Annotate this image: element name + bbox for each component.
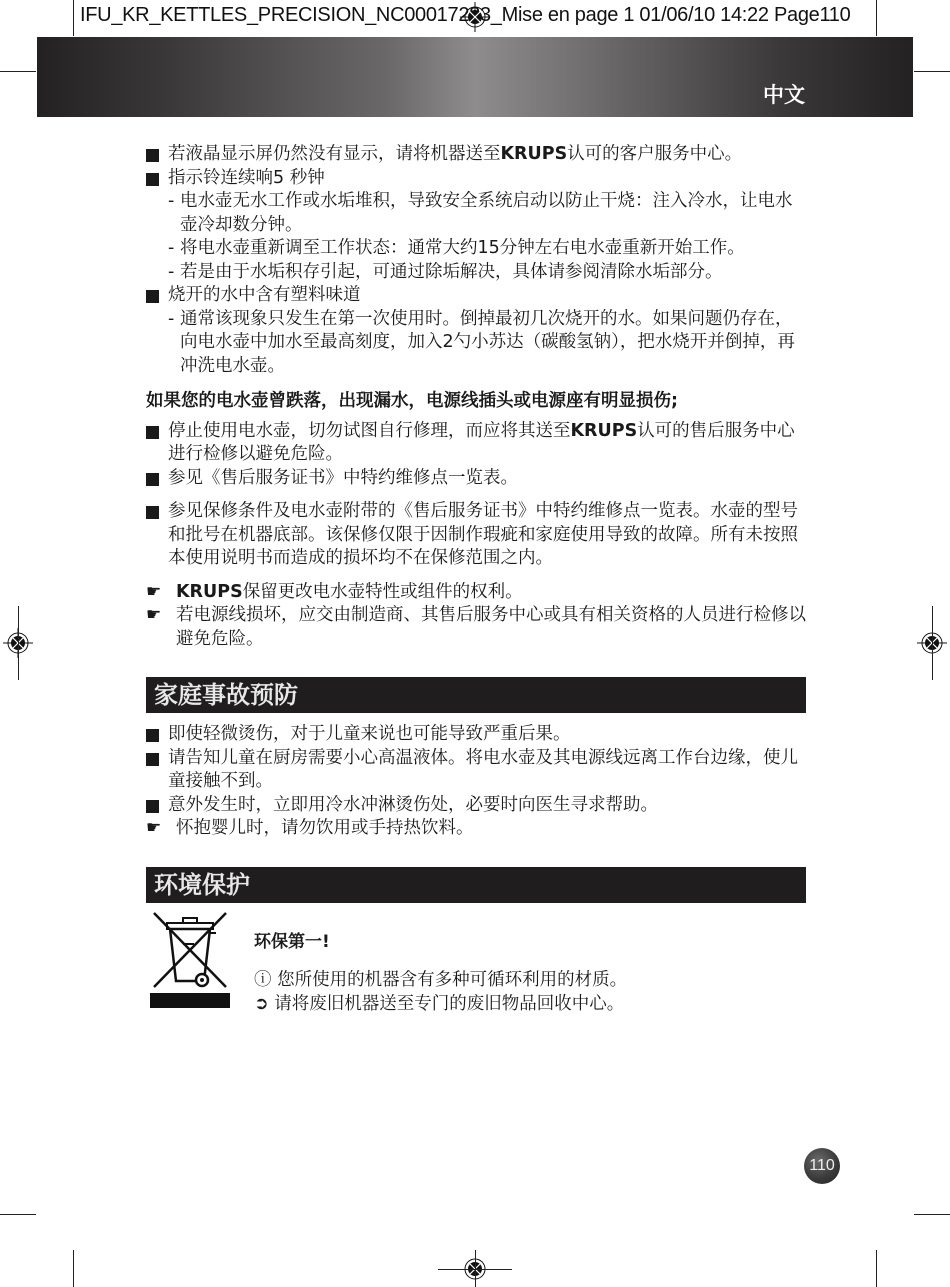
- pointing-hand-icon: ☛: [146, 817, 161, 841]
- square-bullet-icon: [146, 753, 159, 766]
- crop-mark: [876, 1250, 877, 1287]
- registration-mark-icon: [460, 2, 490, 32]
- list-item: 指示铃连续响5 秒钟: [146, 167, 806, 191]
- brand-name: KRUPS: [501, 144, 568, 164]
- dash-bullet-icon: -: [168, 237, 174, 261]
- list-item: 停止使用电水壶，切勿试图自行修理，而应将其送至KRUPS认可的售后服务中心进行检…: [146, 420, 806, 467]
- crop-mark: [914, 71, 950, 72]
- square-bullet-icon: [146, 149, 159, 162]
- square-bullet-icon: [146, 426, 159, 439]
- page-number-badge: 110: [804, 1148, 840, 1184]
- crop-mark: [73, 0, 74, 36]
- environment-block: 环保第一! ⓘ 您所使用的机器含有多种可循环利用的材质。 ➲ 请将废旧机器送至专…: [146, 911, 806, 1021]
- sub-item: - 通常该现象只发生在第一次使用时。倒掉最初几次烧开的水。如果问题仍存在，向电水…: [146, 308, 806, 379]
- crop-mark: [0, 1214, 36, 1215]
- section-title-environment: 环境保护: [146, 867, 806, 903]
- sub-item: - 将电水壶重新调至工作状态：通常大约15分钟左右电水壶重新开始工作。: [146, 237, 806, 261]
- sub-item: - 电水壶无水工作或水垢堆积，导致安全系统启动以防止干烧：注入冷水，让电水壶冷却…: [146, 190, 806, 237]
- square-bullet-icon: [146, 173, 159, 186]
- square-bullet-icon: [146, 290, 159, 303]
- brand-name: KRUPS: [571, 421, 638, 441]
- square-bullet-icon: [146, 800, 159, 813]
- section-title-accidents: 家庭事故预防: [146, 677, 806, 713]
- list-item: 若液晶显示屏仍然没有显示，请将机器送至KRUPS认可的客户服务中心。: [146, 143, 806, 167]
- list-item: 参见《售后服务证书》中特约维修点一览表。: [146, 467, 806, 491]
- environment-subtitle: 环保第一!: [254, 931, 330, 955]
- square-bullet-icon: [146, 506, 159, 519]
- arrow-right-icon: ➲: [254, 994, 269, 1014]
- language-label: 中文: [763, 79, 805, 109]
- crop-mark: [914, 1214, 950, 1215]
- recycling-center-note: ➲ 请将废旧机器送至专门的废旧物品回收中心。: [254, 993, 624, 1017]
- square-bullet-icon: [146, 729, 159, 742]
- dash-bullet-icon: -: [168, 190, 174, 214]
- header-band: 中文: [37, 37, 913, 117]
- crop-mark: [18, 606, 19, 680]
- crop-mark: [73, 1250, 74, 1287]
- brand-name: KRUPS: [176, 582, 243, 602]
- pointing-hand-icon: ☛: [146, 604, 161, 628]
- crop-mark: [932, 606, 933, 680]
- square-bullet-icon: [146, 473, 159, 486]
- list-item: 意外发生时，立即用冷水冲淋烫伤处，必要时向医生寻求帮助。: [146, 794, 806, 818]
- pointing-hand-icon: ☛: [146, 581, 161, 605]
- list-item: 请告知儿童在厨房需要小心高温液体。将电水壶及其电源线远离工作台边缘，使儿童接触不…: [146, 747, 806, 794]
- crop-mark: [876, 0, 877, 36]
- sub-item: - 若是由于水垢积存引起，可通过除垢解决，具体请参阅清除水垢部分。: [146, 261, 806, 285]
- crop-mark: [0, 71, 36, 72]
- note-item: ☛ KRUPS保留更改电水壶特性或组件的权利。: [146, 581, 806, 605]
- damage-heading: 如果您的电水壶曾跌落，出现漏水，电源线插头或电源座有明显损伤;: [146, 390, 806, 414]
- dash-bullet-icon: -: [168, 308, 174, 332]
- warranty-paragraph: 参见保修条件及电水壶附带的《售后服务证书》中特约维修点一览表。水壶的型号和批号在…: [146, 500, 806, 571]
- crossed-out-wheelie-bin-icon: [150, 911, 230, 1009]
- info-icon: ⓘ: [254, 970, 272, 990]
- dash-bullet-icon: -: [168, 261, 174, 285]
- recyclable-materials-note: ⓘ 您所使用的机器含有多种可循环利用的材质。: [254, 969, 627, 993]
- note-item: ☛ 若电源线损坏，应交由制造商、其售后服务中心或具有相关资格的人员进行检修以避免…: [146, 604, 806, 651]
- crop-mark: [475, 1250, 476, 1287]
- troubleshooting-list: 若液晶显示屏仍然没有显示，请将机器送至KRUPS认可的客户服务中心。 指示铃连续…: [146, 143, 806, 378]
- list-item: 烧开的水中含有塑料味道: [146, 284, 806, 308]
- page-content: 若液晶显示屏仍然没有显示，请将机器送至KRUPS认可的客户服务中心。 指示铃连续…: [146, 143, 806, 1021]
- list-item: 即使轻微烫伤，对于儿童来说也可能导致严重后果。: [146, 723, 806, 747]
- note-item: ☛ 怀抱婴儿时，请勿饮用或手持热饮料。: [146, 817, 806, 841]
